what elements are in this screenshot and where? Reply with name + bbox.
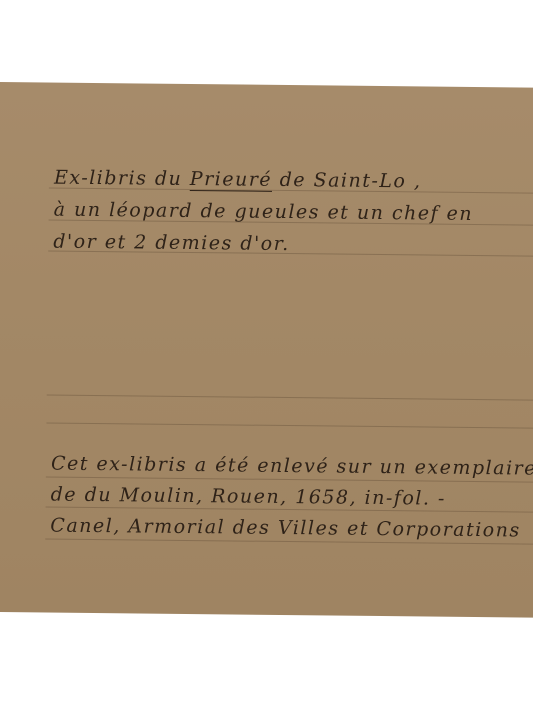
paragraph-1-line-1: Ex-libris du Prieuré de Saint-Lo , <box>54 167 422 193</box>
paragraph-2-line-3: Canel, Armorial des Villes et Corporatio… <box>50 515 521 542</box>
ruled-line <box>46 423 533 429</box>
ruled-line <box>47 395 533 401</box>
underlined-word: Prieuré <box>190 168 272 191</box>
text-suffix: de Saint-Lo , <box>272 169 422 193</box>
paragraph-2-line-1: Cet ex-libris a été enlevé sur un exempl… <box>51 453 533 480</box>
paragraph-2-line-2: de du Moulin, Rouen, 1658, in-fol. - <box>51 484 446 510</box>
paragraph-1-line-3: d'or et 2 demies d'or. <box>53 231 290 255</box>
paragraph-1-line-2: à un léopard de gueules et un chef en <box>54 199 474 225</box>
text-prefix: Ex-libris du <box>54 167 190 190</box>
index-card: Ex-libris du Prieuré de Saint-Lo , à un … <box>0 82 533 618</box>
